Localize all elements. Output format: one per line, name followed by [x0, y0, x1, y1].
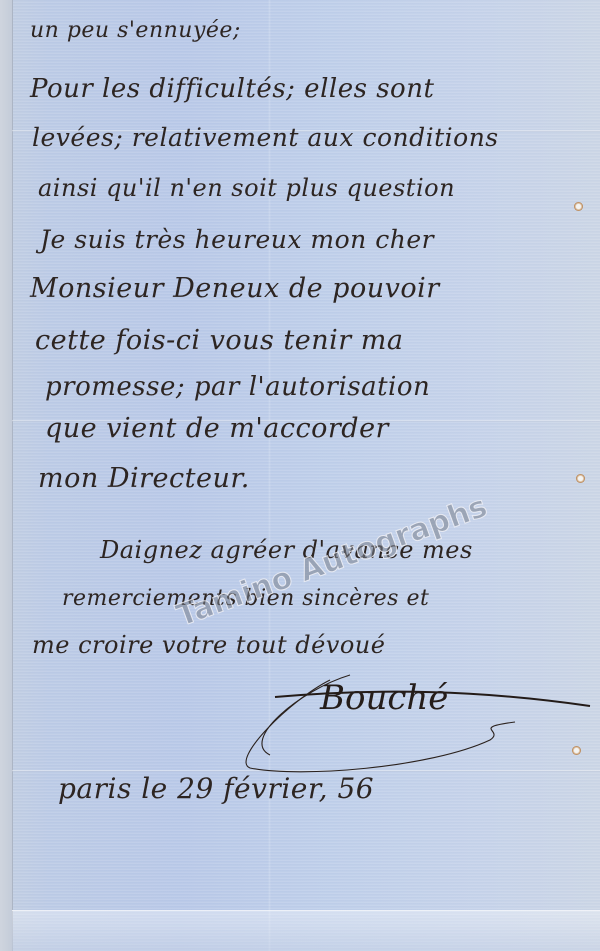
- signature: Bouché: [320, 678, 448, 718]
- letter-page: un peu s'ennuyée; Pour les difficultés; …: [0, 0, 600, 951]
- dateline: paris le 29 février, 56: [58, 772, 374, 805]
- signature-flourish-icon: [0, 0, 600, 951]
